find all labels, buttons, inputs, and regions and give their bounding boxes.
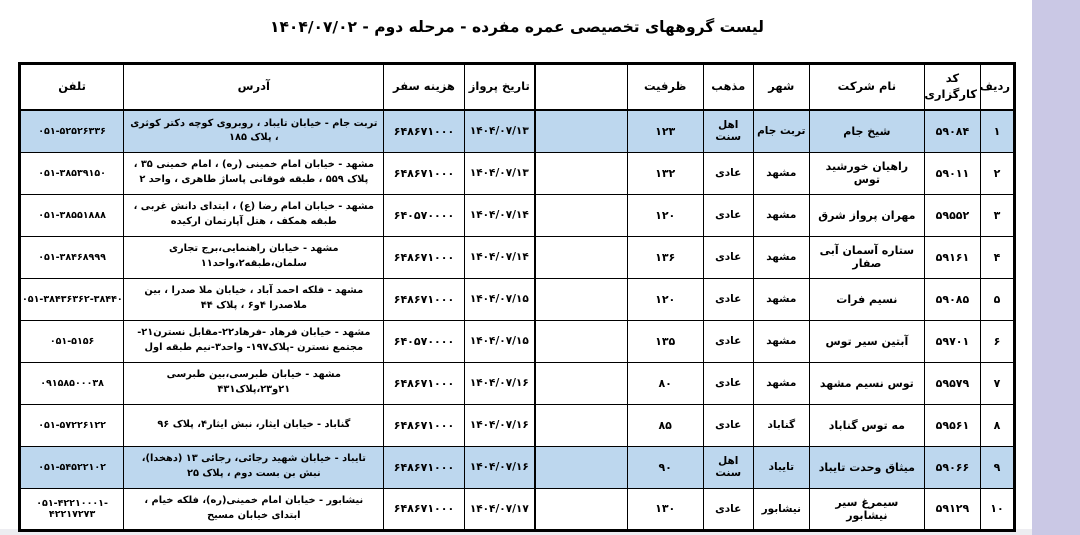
cell-religion: عادی	[703, 278, 753, 320]
cell-trip-cost: ۶۴۸۶۷۱۰۰۰	[384, 278, 464, 320]
header-company: نام شرکت	[809, 64, 924, 111]
cell-address: مشهد - خیابان طبرسی،بین طبرسی ۲۱و۲۳،پلاک…	[124, 362, 384, 404]
cell-city: نیشابور	[753, 488, 809, 530]
header-row: ردیف کد کارگزاری نام شرکت شهر مذهب ظرفیت…	[20, 64, 1015, 111]
cell-religion: عادی	[703, 236, 753, 278]
cell-row-number: ۲	[980, 152, 1014, 194]
cell-city: مشهد	[753, 362, 809, 404]
cell-flight-date: ۱۴۰۴/۰۷/۱۷	[464, 488, 535, 530]
table-row: ۹ ۵۹۰۶۶ میثاق وحدت تایباد تایباد اهل سنت…	[20, 446, 1015, 488]
cell-flight-date: ۱۴۰۴/۰۷/۱۶	[464, 446, 535, 488]
header-phone: تلفن	[20, 64, 124, 111]
cell-trip-cost: ۶۴۸۶۷۱۰۰۰	[384, 488, 464, 530]
cell-city: مشهد	[753, 194, 809, 236]
cell-flight-date: ۱۴۰۴/۰۷/۱۶	[464, 362, 535, 404]
header-capacity: ظرفیت	[627, 64, 703, 111]
cell-spacer	[535, 488, 627, 530]
cell-capacity: ۱۳۶	[627, 236, 703, 278]
cell-city: گناباد	[753, 404, 809, 446]
cell-phone: ۰۵۱-۳۸۵۳۹۱۵۰	[20, 152, 124, 194]
cell-address: تربت جام - خیابان تایباد ، روبروی کوچه د…	[124, 110, 384, 152]
cell-spacer	[535, 362, 627, 404]
cell-flight-date: ۱۴۰۴/۰۷/۱۴	[464, 194, 535, 236]
cell-trip-cost: ۶۴۰۵۷۰۰۰۰	[384, 194, 464, 236]
cell-spacer	[535, 236, 627, 278]
cell-broker-code: ۵۹۱۲۹	[924, 488, 980, 530]
cell-row-number: ۳	[980, 194, 1014, 236]
cell-religion: عادی	[703, 362, 753, 404]
cell-row-number: ۵	[980, 278, 1014, 320]
table-row: ۷ ۵۹۵۷۹ توس نسیم مشهد مشهد عادی ۸۰ ۱۴۰۴/…	[20, 362, 1015, 404]
cell-phone: ۰۵۱-۵۲۵۲۶۳۳۶	[20, 110, 124, 152]
cell-spacer	[535, 110, 627, 152]
cell-capacity: ۱۳۰	[627, 488, 703, 530]
cell-capacity: ۸۵	[627, 404, 703, 446]
cell-broker-code: ۵۹۰۸۴	[924, 110, 980, 152]
cell-address: مشهد - فلکه احمد آباد ، خیابان ملا صدرا …	[124, 278, 384, 320]
cell-phone: ۰۵۱-۵۴۵۲۲۱۰۲	[20, 446, 124, 488]
cell-flight-date: ۱۴۰۴/۰۷/۱۳	[464, 110, 535, 152]
cell-capacity: ۱۳۲	[627, 152, 703, 194]
cell-row-number: ۱۰	[980, 488, 1014, 530]
cell-broker-code: ۵۹۰۸۵	[924, 278, 980, 320]
cell-address: گناباد - خیابان ایثار، نبش ایثار۴، پلاک …	[124, 404, 384, 446]
cell-religion: عادی	[703, 488, 753, 530]
table-row: ۱ ۵۹۰۸۴ شیخ جام تربت جام اهل سنت ۱۲۳ ۱۴۰…	[20, 110, 1015, 152]
cell-phone: ۰۵۱-۳۸۵۵۱۸۸۸	[20, 194, 124, 236]
cell-address: مشهد - خیابان راهنمایی،برج تجاری سلمان،ط…	[124, 236, 384, 278]
cell-trip-cost: ۶۴۸۶۷۱۰۰۰	[384, 152, 464, 194]
cell-address: نیشابور - خیابان امام خمینی(ره)، فلکه خی…	[124, 488, 384, 530]
cell-row-number: ۷	[980, 362, 1014, 404]
cell-trip-cost: ۶۴۸۶۷۱۰۰۰	[384, 236, 464, 278]
cell-city: مشهد	[753, 320, 809, 362]
right-background-strip	[1032, 0, 1080, 535]
cell-spacer	[535, 278, 627, 320]
cell-trip-cost: ۶۴۸۶۷۱۰۰۰	[384, 110, 464, 152]
cell-city: مشهد	[753, 236, 809, 278]
cell-flight-date: ۱۴۰۴/۰۷/۱۳	[464, 152, 535, 194]
cell-phone: ۰۵۱-۳۸۴۶۸۹۹۹	[20, 236, 124, 278]
header-flight-date: تاریخ پرواز	[464, 64, 535, 111]
cell-flight-date: ۱۴۰۴/۰۷/۱۵	[464, 278, 535, 320]
table-row: ۱۰ ۵۹۱۲۹ سیمرغ سیر نیشابور نیشابور عادی …	[20, 488, 1015, 530]
cell-flight-date: ۱۴۰۴/۰۷/۱۵	[464, 320, 535, 362]
cell-broker-code: ۵۹۰۶۶	[924, 446, 980, 488]
cell-capacity: ۱۲۳	[627, 110, 703, 152]
cell-flight-date: ۱۴۰۴/۰۷/۱۴	[464, 236, 535, 278]
cell-city: تایباد	[753, 446, 809, 488]
cell-broker-code: ۵۹۵۵۲	[924, 194, 980, 236]
table-row: ۵ ۵۹۰۸۵ نسیم فرات مشهد عادی ۱۲۰ ۱۴۰۴/۰۷/…	[20, 278, 1015, 320]
cell-company: مه توس گناباد	[809, 404, 924, 446]
cell-capacity: ۹۰	[627, 446, 703, 488]
cell-trip-cost: ۶۴۸۶۷۱۰۰۰	[384, 404, 464, 446]
table-row: ۳ ۵۹۵۵۲ مهران پرواز شرق مشهد عادی ۱۲۰ ۱۴…	[20, 194, 1015, 236]
umrah-groups-table: ردیف کد کارگزاری نام شرکت شهر مذهب ظرفیت…	[18, 62, 1016, 532]
cell-phone: ۰۵۱-۴۲۲۱۰۰۰۱- ۴۲۲۱۷۲۷۳	[20, 488, 124, 530]
header-religion: مذهب	[703, 64, 753, 111]
cell-trip-cost: ۶۴۸۶۷۱۰۰۰	[384, 362, 464, 404]
cell-city: تربت جام	[753, 110, 809, 152]
cell-religion: عادی	[703, 152, 753, 194]
cell-row-number: ۹	[980, 446, 1014, 488]
cell-address: مشهد - خیابان امام رضا (ع) ، ابتدای دانش…	[124, 194, 384, 236]
cell-flight-date: ۱۴۰۴/۰۷/۱۶	[464, 404, 535, 446]
table-header: ردیف کد کارگزاری نام شرکت شهر مذهب ظرفیت…	[20, 64, 1015, 111]
cell-row-number: ۴	[980, 236, 1014, 278]
cell-capacity: ۸۰	[627, 362, 703, 404]
cell-city: مشهد	[753, 278, 809, 320]
cell-company: شیخ جام	[809, 110, 924, 152]
cell-spacer	[535, 152, 627, 194]
cell-religion: اهل سنت	[703, 110, 753, 152]
cell-address: مشهد - خیابان امام خمینی (ره) ، امام خمی…	[124, 152, 384, 194]
cell-capacity: ۱۲۰	[627, 194, 703, 236]
table-body: ۱ ۵۹۰۸۴ شیخ جام تربت جام اهل سنت ۱۲۳ ۱۴۰…	[20, 110, 1015, 530]
cell-company: سیمرغ سیر نیشابور	[809, 488, 924, 530]
header-city: شهر	[753, 64, 809, 111]
cell-spacer	[535, 194, 627, 236]
cell-trip-cost: ۶۴۰۵۷۰۰۰۰	[384, 320, 464, 362]
cell-row-number: ۸	[980, 404, 1014, 446]
cell-spacer	[535, 404, 627, 446]
header-broker-code: کد کارگزاری	[924, 64, 980, 111]
table-row: ۸ ۵۹۵۶۱ مه توس گناباد گناباد عادی ۸۵ ۱۴۰…	[20, 404, 1015, 446]
cell-company: آبتین سیر توس	[809, 320, 924, 362]
cell-broker-code: ۵۹۵۶۱	[924, 404, 980, 446]
table-row: ۶ ۵۹۷۰۱ آبتین سیر توس مشهد عادی ۱۳۵ ۱۴۰۴…	[20, 320, 1015, 362]
cell-row-number: ۶	[980, 320, 1014, 362]
cell-row-number: ۱	[980, 110, 1014, 152]
cell-trip-cost: ۶۴۸۶۷۱۰۰۰	[384, 446, 464, 488]
cell-phone: ۰۵۱-۵۱۵۶	[20, 320, 124, 362]
cell-spacer	[535, 320, 627, 362]
cell-broker-code: ۵۹۱۶۱	[924, 236, 980, 278]
cell-religion: اهل سنت	[703, 446, 753, 488]
table-row: ۲ ۵۹۰۱۱ راهیان خورشید توس مشهد عادی ۱۳۲ …	[20, 152, 1015, 194]
cell-city: مشهد	[753, 152, 809, 194]
header-trip-cost: هزینه سفر	[384, 64, 464, 111]
cell-religion: عادی	[703, 320, 753, 362]
cell-company: نسیم فرات	[809, 278, 924, 320]
cell-broker-code: ۵۹۵۷۹	[924, 362, 980, 404]
header-address: آدرس	[124, 64, 384, 111]
cell-religion: عادی	[703, 194, 753, 236]
cell-religion: عادی	[703, 404, 753, 446]
cell-company: راهیان خورشید توس	[809, 152, 924, 194]
cell-capacity: ۱۳۵	[627, 320, 703, 362]
cell-spacer	[535, 446, 627, 488]
cell-phone: ۰۵۱-۳۸۴۳۶۳۶۲-۳۸۴۴۰۰۰۰	[20, 278, 124, 320]
page-title: لیست گروههای تخصیصی عمره مفرده - مرحله د…	[18, 18, 1016, 36]
header-spacer	[535, 64, 627, 111]
header-row-number: ردیف	[980, 64, 1014, 111]
cell-address: تایباد - خیابان شهید رجائی، رجائی ۱۳ (ده…	[124, 446, 384, 488]
cell-phone: ۰۹۱۵۸۵۰۰۰۳۸	[20, 362, 124, 404]
table-row: ۴ ۵۹۱۶۱ ستاره آسمان آبی صفار مشهد عادی ۱…	[20, 236, 1015, 278]
cell-address: مشهد - خیابان فرهاد -فرهاد۲۲-مقابل نسترن…	[124, 320, 384, 362]
cell-company: توس نسیم مشهد	[809, 362, 924, 404]
cell-broker-code: ۵۹۰۱۱	[924, 152, 980, 194]
cell-broker-code: ۵۹۷۰۱	[924, 320, 980, 362]
cell-capacity: ۱۲۰	[627, 278, 703, 320]
cell-company: میثاق وحدت تایباد	[809, 446, 924, 488]
cell-company: مهران پرواز شرق	[809, 194, 924, 236]
cell-company: ستاره آسمان آبی صفار	[809, 236, 924, 278]
cell-phone: ۰۵۱-۵۷۲۲۶۱۲۲	[20, 404, 124, 446]
